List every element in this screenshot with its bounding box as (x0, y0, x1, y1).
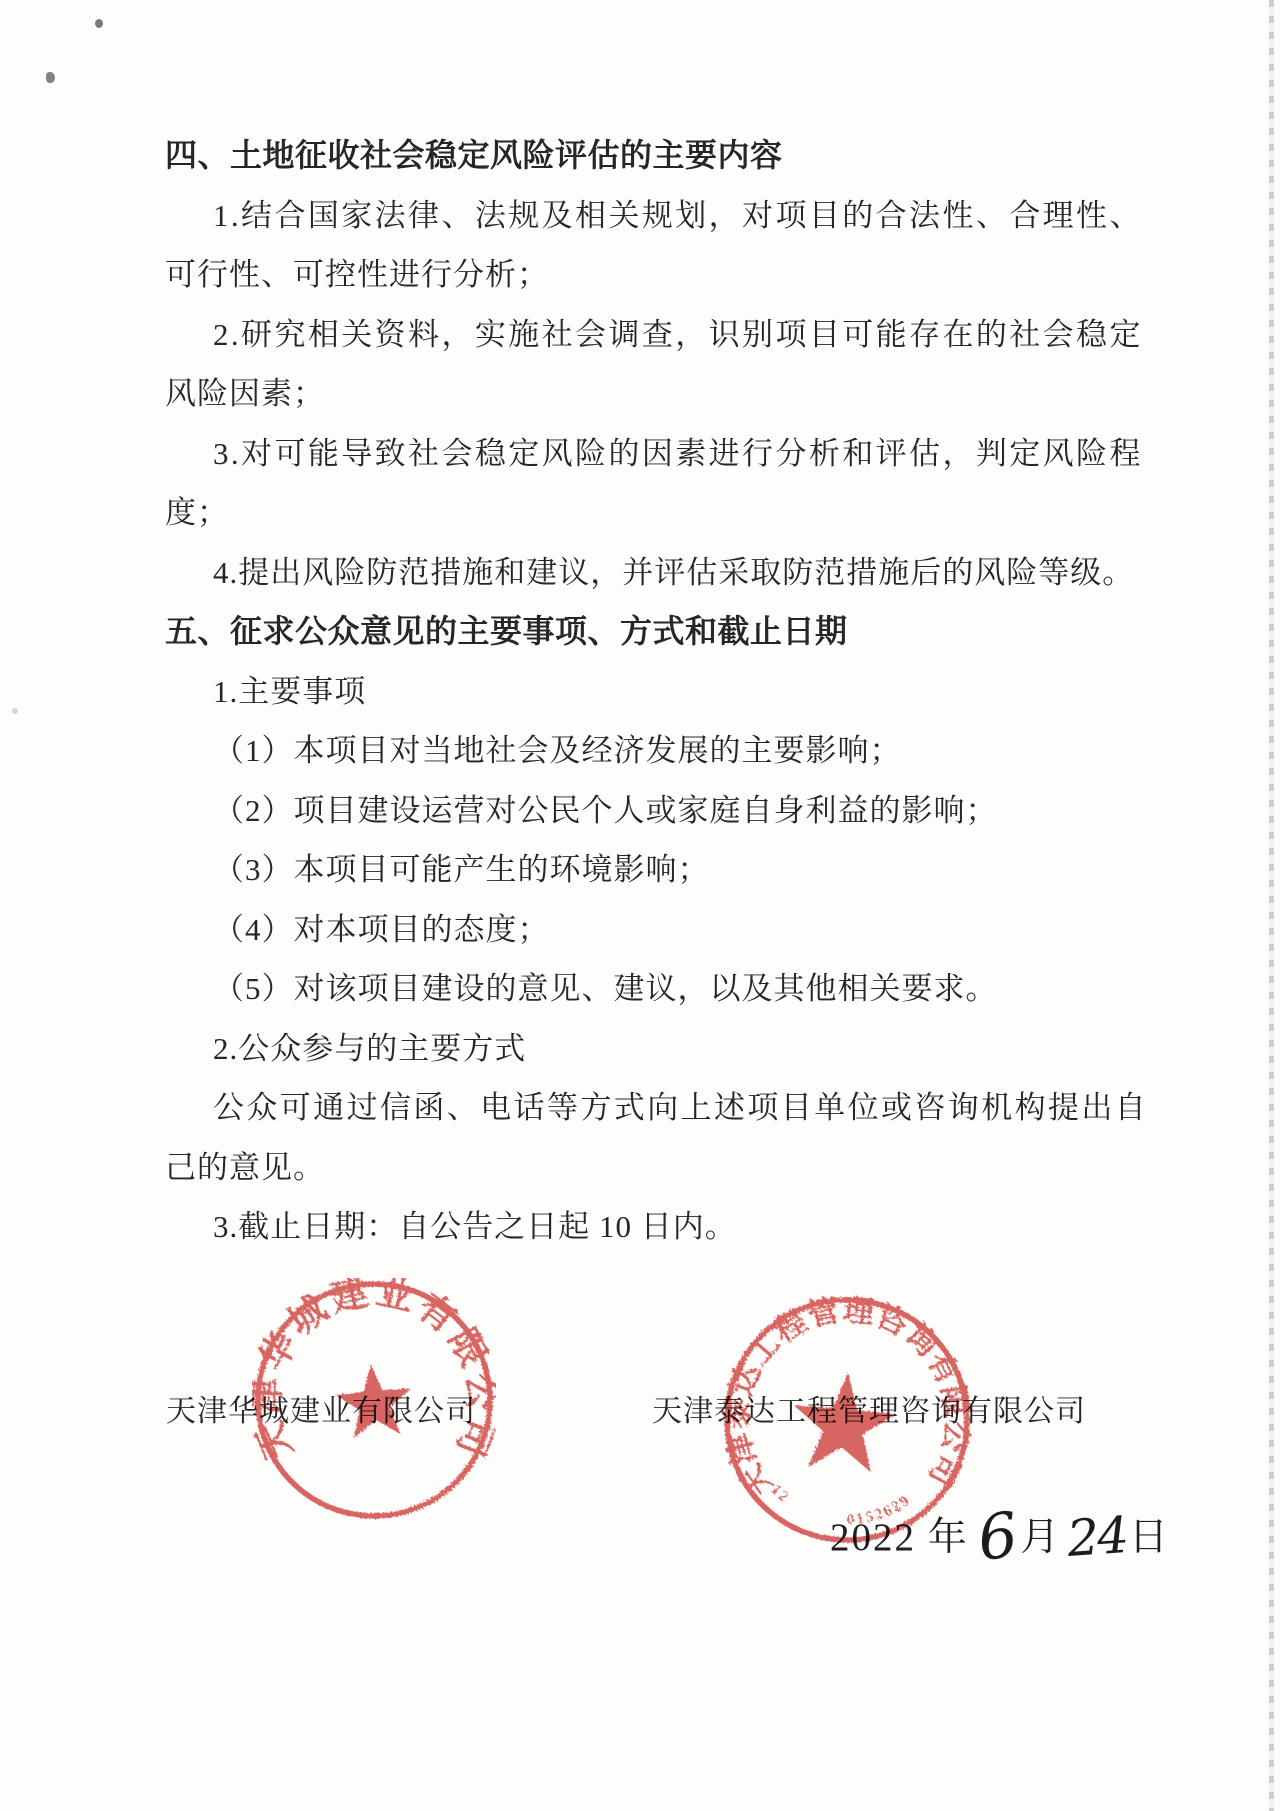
date-month-handwritten: 6 (973, 1498, 1021, 1575)
date-day-label: 日 (1129, 1516, 1170, 1559)
company-seal-left: 天津华城建业有限公司 (252, 1278, 496, 1522)
body-text-line: 1.主要事项 (165, 662, 1120, 722)
body-text-line: 可行性、可控性进行分析； (165, 245, 1120, 305)
body-text-line: （2）项目建设运营对公民个人或家庭自身利益的影响； (165, 781, 1120, 841)
scanned-document-page: 四、土地征收社会稳定风险评估的主要内容1.结合国家法律、法规及相关规划，对项目的… (0, 0, 1280, 1811)
body-text-line: 1.结合国家法律、法规及相关规划，对项目的合法性、合理性、 (165, 186, 1120, 246)
body-text-line: 4.提出风险防范措施和建议，并评估采取防范措施后的风险等级。 (165, 543, 1120, 603)
body-text-line: 3.截止日期：自公告之日起 10 日内。 (165, 1197, 1120, 1257)
body-text-line: 3.对可能导致社会稳定风险的因素进行分析和评估，判定风险程 (165, 424, 1120, 484)
company-seal-right: 天津泰达工程管理咨询有限公司 12 0152629 (721, 1294, 973, 1546)
scan-speck (46, 72, 55, 83)
section-heading: 五、征求公众意见的主要事项、方式和截止日期 (165, 602, 1120, 662)
body-text-line: 公众可通过信函、电话等方式向上述项目单位或咨询机构提出自 (165, 1078, 1120, 1138)
body-text-line: （4）对本项目的态度； (165, 900, 1120, 960)
document-body: 四、土地征收社会稳定风险评估的主要内容1.结合国家法律、法规及相关规划，对项目的… (165, 126, 1120, 1257)
body-text-line: （5）对该项目建设的意见、建议，以及其他相关要求。 (165, 959, 1120, 1019)
date-day-handwritten: 24 (1066, 1506, 1130, 1568)
body-text-line: 己的意见。 (165, 1138, 1120, 1198)
section-heading: 四、土地征收社会稳定风险评估的主要内容 (165, 126, 1120, 186)
body-text-line: 风险因素； (165, 364, 1120, 424)
body-text-line: （3）本项目可能产生的环境影响； (165, 840, 1120, 900)
body-text-line: （1）本项目对当地社会及经济发展的主要影响； (165, 721, 1120, 781)
red-star-icon (788, 1368, 899, 1474)
body-text-line: 2.公众参与的主要方式 (165, 1019, 1120, 1079)
scan-speck (95, 19, 103, 28)
scan-edge-artifact (1269, 0, 1274, 1811)
red-star-icon (333, 1361, 415, 1440)
body-text-line: 度； (165, 483, 1120, 543)
date-month-label: 月 (1020, 1516, 1061, 1559)
body-text-line: 2.研究相关资料，实施社会调查，识别项目可能存在的社会稳定 (165, 305, 1120, 365)
scan-speck (12, 708, 18, 714)
